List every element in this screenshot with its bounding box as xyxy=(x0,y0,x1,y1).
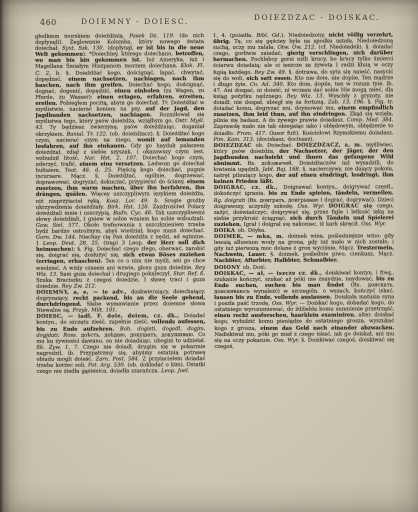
page-header: 460 DOIEMNY - DOIESC. DOIEZDZAC - DOISKA… xyxy=(0,12,418,28)
text-run: Oss. Wyr. xyxy=(361,221,386,227)
text-run: (lusor fuit). Kościołowi Rzymskiemu doia… xyxy=(269,130,393,137)
dictionary-paragraph: 1, 4. (poiadła. Bibl. Gd.). Niedoiedzony… xyxy=(213,32,393,142)
dictionary-paragraph: DOIGRAC, cz. dk., Doigrawać kontyn., doi… xyxy=(214,185,394,228)
running-header-left: DOIEMNY - DOIESC. xyxy=(60,17,210,26)
dictionary-paragraph: DOISKAC, — ał, — iszcze cz. dk., doiskiw… xyxy=(214,270,394,350)
dictionary-paragraph: głodkiem morskiem doieżdżaią. Pasek Dz. … xyxy=(35,33,205,290)
text-run: Oss. Wyr. xyxy=(274,337,301,343)
running-header-right: DOIEZDZAC - DOISKAC. xyxy=(238,13,396,22)
dictionary-column-right: 1, 4. (poiadła. Bibl. Gd.). Niedoiedzony… xyxy=(213,32,395,480)
page-number: 460 xyxy=(40,18,57,27)
dictionary-paragraph: DOIEMNY, a, e, — ie adv., doskwieraiący,… xyxy=(36,289,205,314)
dictionary-paragraph: DOIMEK, — mka, m. doimek wina, poślednie… xyxy=(214,233,394,264)
dictionary-paragraph: DOIEZDZAC ob. Doiechać. DOIEZDZACZ, a, m… xyxy=(214,142,394,185)
dictionary-column-left: głodkiem morskiem doieżdżaią. Pasek Dz. … xyxy=(35,33,206,481)
text-columns: głodkiem morskiem doieżdżaią. Pasek Dz. … xyxy=(35,32,395,481)
scanned-dictionary-page: 460 DOIEMNY - DOIESC. DOIEZDZAC - DOISKA… xyxy=(0,0,418,512)
text-run: Leop. Joel. xyxy=(161,368,189,374)
dictionary-paragraph: DOIESC, — iadł, F. doie, doiem, cz. dk.,… xyxy=(36,313,205,375)
